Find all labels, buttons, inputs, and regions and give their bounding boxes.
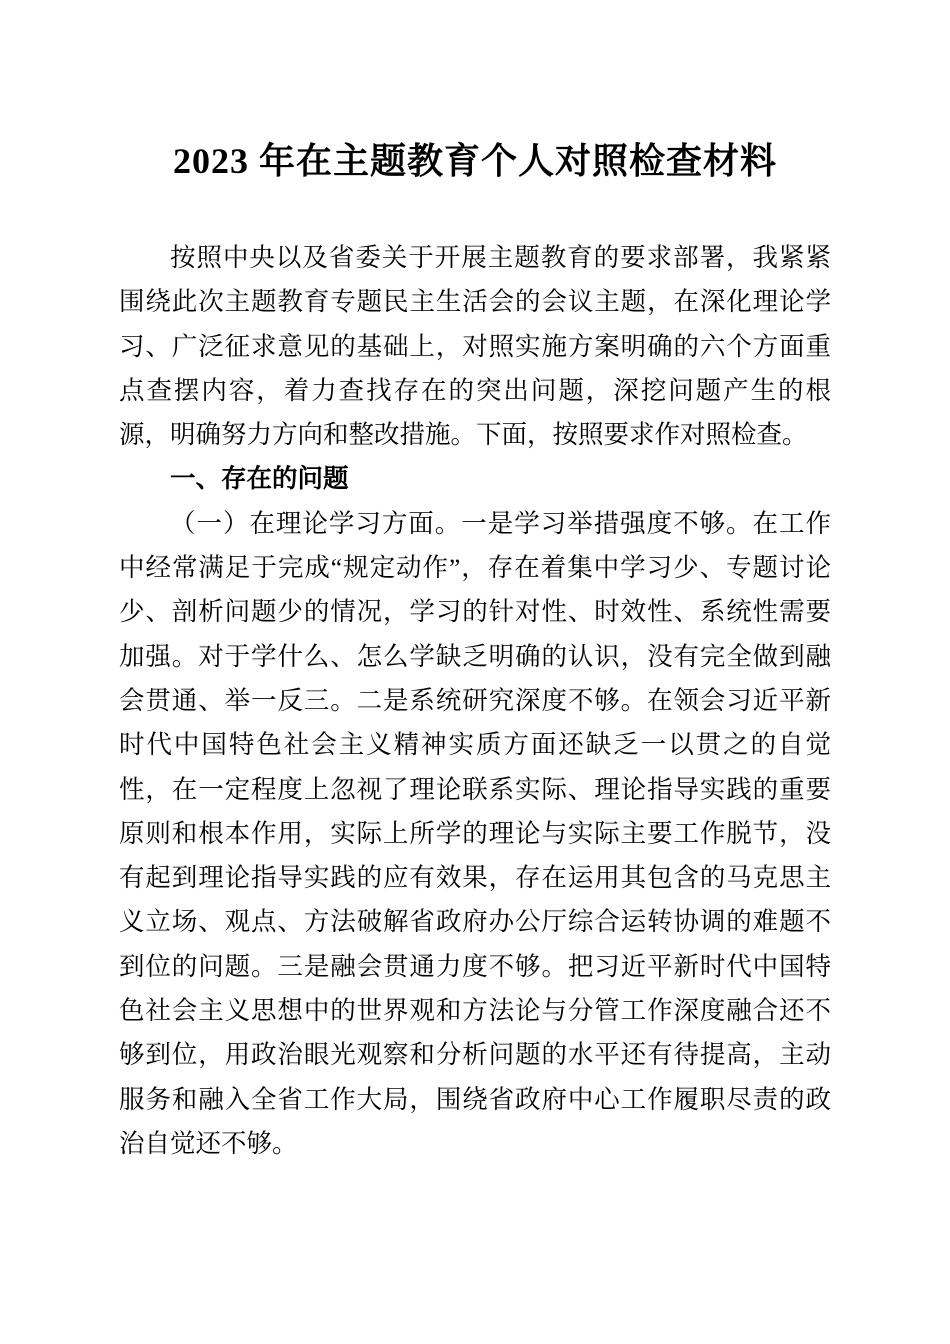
document-page: 2023 年在主题教育个人对照检查材料 按照中央以及省委关于开展主题教育的要求部… bbox=[0, 0, 950, 1344]
intro-paragraph: 按照中央以及省委关于开展主题教育的要求部署，我紧紧围绕此次主题教育专题民主生活会… bbox=[119, 236, 831, 457]
document-body: 按照中央以及省委关于开展主题教育的要求部署，我紧紧围绕此次主题教育专题民主生活会… bbox=[119, 236, 831, 1166]
section-1-paragraph: （一）在理论学习方面。一是学习举措强度不够。在工作中经常满足于完成“规定动作”，… bbox=[119, 502, 831, 1166]
document-title: 2023 年在主题教育个人对照检查材料 bbox=[0, 0, 950, 186]
section-1-heading: 一、存在的问题 bbox=[119, 457, 831, 501]
